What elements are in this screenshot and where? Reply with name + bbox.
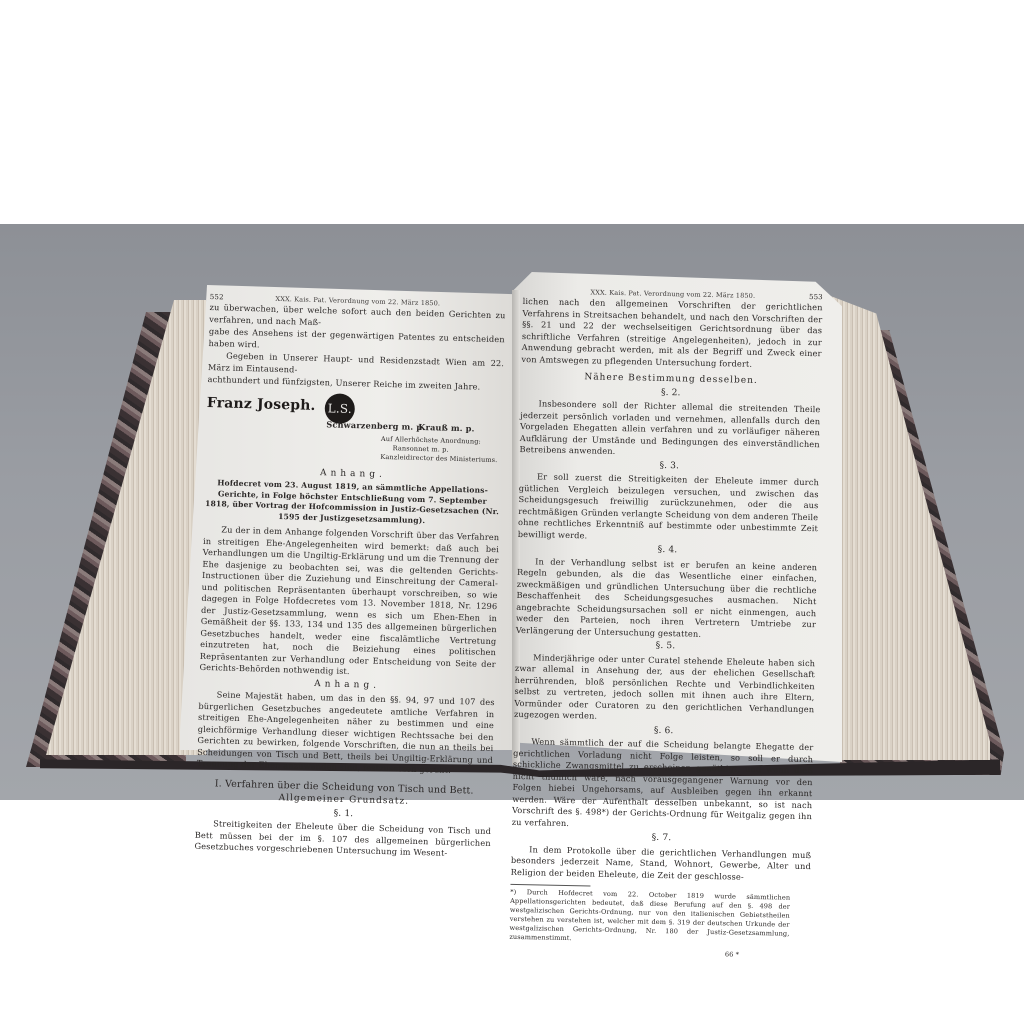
- paragraph-text: Insbesondere soll der Richter allemal di…: [519, 398, 820, 462]
- paragraph-text: In dem Protokolle über die gerichtlichen…: [511, 843, 812, 884]
- paragraph-text: In der Verhandlung selbst ist er berufen…: [516, 555, 818, 642]
- decree-heading: Hofdecret vom 23. August 1819, an sämmtl…: [204, 478, 501, 528]
- paragraph-text: Minderjährige oder unter Curatel stehend…: [514, 651, 815, 726]
- left-page-number: 552: [210, 292, 224, 304]
- paragraph-text: Streitigkeiten der Eheleute über die Sch…: [194, 818, 491, 861]
- cosigner-krauss: Krauß m. p.: [418, 421, 475, 434]
- imperial-signature: Franz Joseph.: [207, 397, 316, 412]
- decree-paragraph: Zu der in dem Anhange folgenden Vorschri…: [199, 524, 499, 682]
- left-page-text: 552 XXX. Kais. Pat. Verordnung vom 22. M…: [194, 292, 506, 862]
- intro-paragraph: lichen nach den allgemeinen Vorschriften…: [521, 296, 822, 371]
- signature-mark: 66 *: [509, 946, 739, 960]
- footnote-rule: [510, 884, 590, 887]
- paragraph-text: Er soll zuerst die Streitigkeiten der Eh…: [518, 471, 819, 546]
- majesty-paragraph: Seine Majestät haben, um das in den §§. …: [197, 689, 495, 778]
- right-page-text: XXX. Kais. Pat. Verordnung vom 22. März …: [509, 286, 823, 961]
- cosigner-schwarzenberg: Schwarzenberg m. p.: [326, 419, 425, 433]
- paragraph-text: Wenn sämmtlich der auf die Scheidung bel…: [512, 736, 814, 834]
- footnote: *) Durch Hofdecret vom 22. October 1819 …: [509, 888, 790, 948]
- right-page-number: 553: [809, 292, 823, 304]
